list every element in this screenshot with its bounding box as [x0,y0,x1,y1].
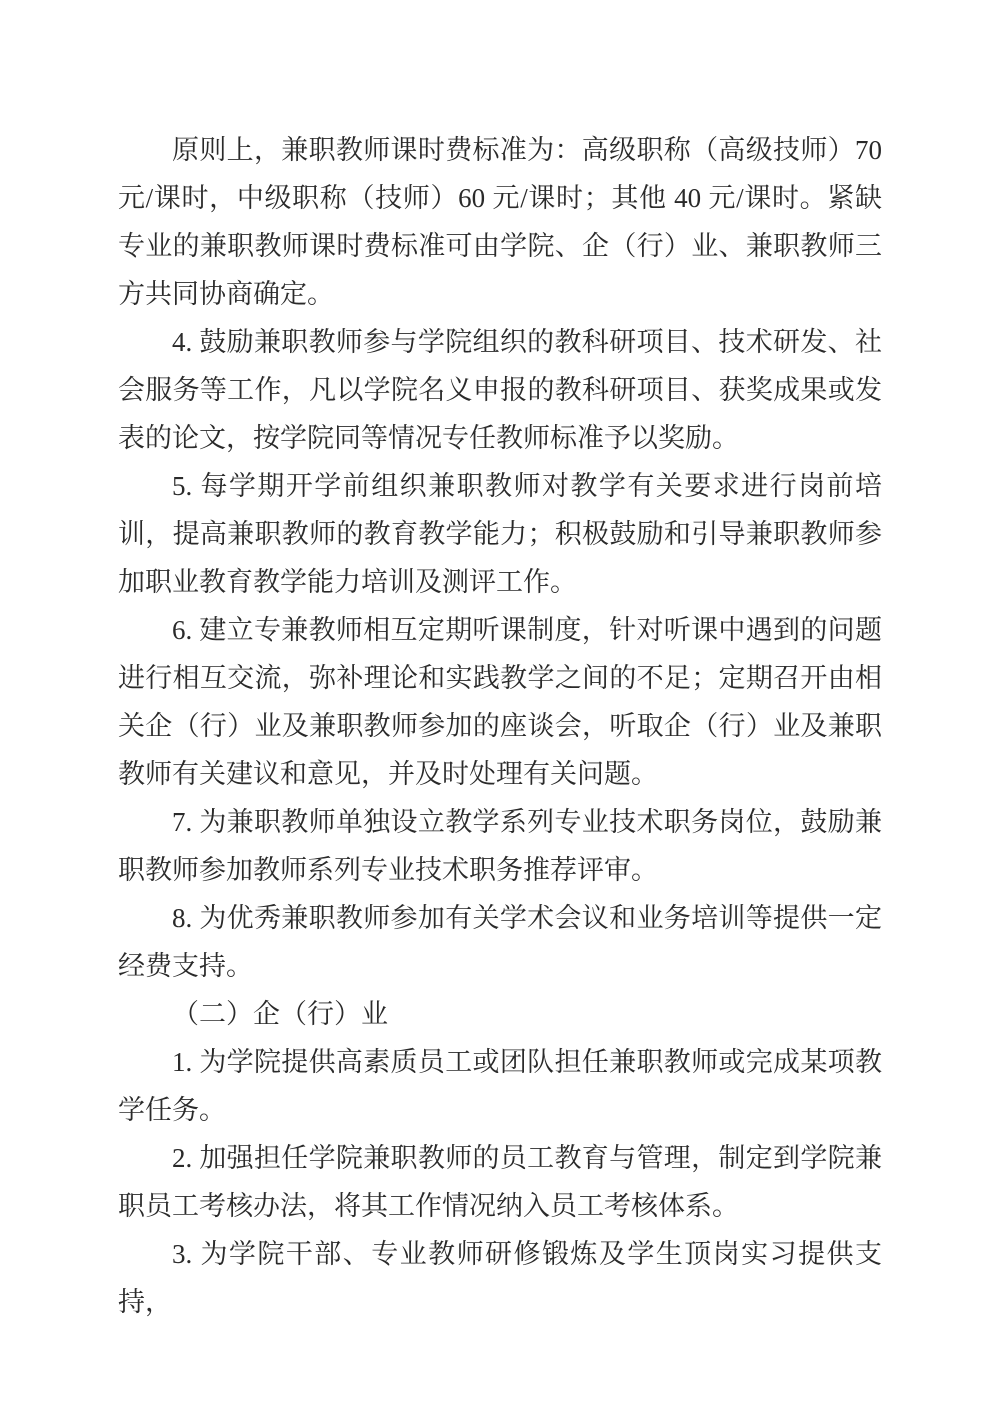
paragraph-item-5: 5. 每学期开学前组织兼职教师对教学有关要求进行岗前培训，提高兼职教师的教育教学… [118,462,882,606]
paragraph-hourly-fee-standard: 原则上，兼职教师课时费标准为：高级职称（高级技师）70 元/课时，中级职称（技师… [118,126,882,318]
paragraph-enterprise-item-3: 3. 为学院干部、专业教师研修锻炼及学生顶岗实习提供支持， [118,1230,882,1326]
paragraph-item-7: 7. 为兼职教师单独设立教学系列专业技术职务岗位，鼓励兼职教师参加教师系列专业技… [118,798,882,894]
paragraph-enterprise-item-1: 1. 为学院提供高素质员工或团队担任兼职教师或完成某项教学任务。 [118,1038,882,1134]
paragraph-enterprise-item-2: 2. 加强担任学院兼职教师的员工教育与管理，制定到学院兼职员工考核办法，将其工作… [118,1134,882,1230]
document-body: 原则上，兼职教师课时费标准为：高级职称（高级技师）70 元/课时，中级职称（技师… [118,126,882,1326]
paragraph-item-8: 8. 为优秀兼职教师参加有关学术会议和业务培训等提供一定经费支持。 [118,894,882,990]
paragraph-item-6: 6. 建立专兼教师相互定期听课制度，针对听课中遇到的问题进行相互交流，弥补理论和… [118,606,882,798]
section-heading-enterprise: （二）企（行）业 [118,990,882,1038]
document-page: 原则上，兼职教师课时费标准为：高级职称（高级技师）70 元/课时，中级职称（技师… [0,0,1000,1414]
paragraph-item-4: 4. 鼓励兼职教师参与学院组织的教科研项目、技术研发、社会服务等工作，凡以学院名… [118,318,882,462]
